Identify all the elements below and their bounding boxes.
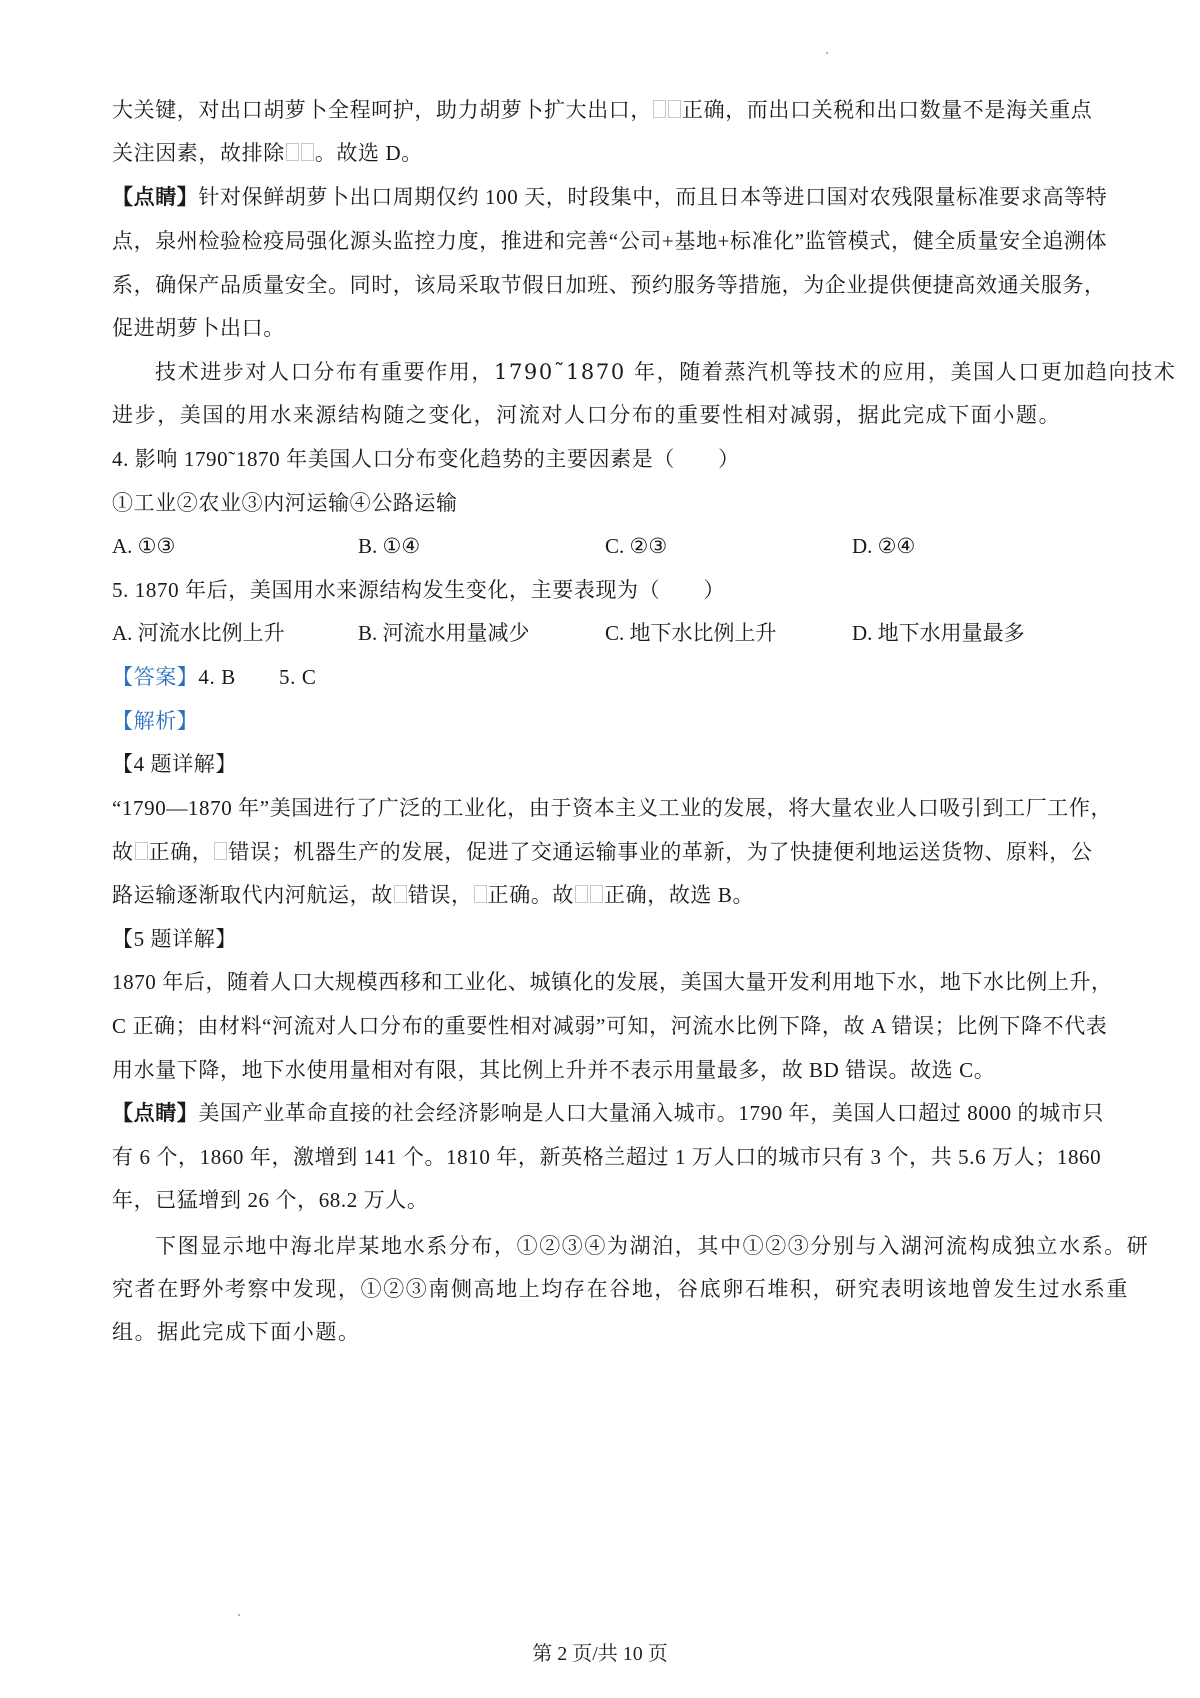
scan-speck bbox=[238, 1614, 240, 1616]
answer-value: 4. B 5. C bbox=[198, 665, 316, 689]
analysis-label: 【解析】 bbox=[112, 707, 1102, 735]
question-4-option-d: D. ②④ bbox=[852, 532, 915, 560]
missing-glyph-icon bbox=[668, 100, 681, 118]
question-5-option-a: A. 河流水比例上升 bbox=[112, 619, 285, 647]
question-5-option-b: B. 河流水用量减少 bbox=[358, 619, 530, 647]
document-page: 大关键，对出口胡萝卜全程呵护，助力胡萝卜扩大出口，正确，而出口关税和出口数量不是… bbox=[0, 0, 1200, 1698]
q5-detail-line-1: 1870 年后，随着人口大规模西移和工业化、城镇化的发展，美国大量开发利用地下水… bbox=[112, 968, 1102, 996]
material1-line-2: 进步，美国的用水来源结构随之变化，河流对人口分布的重要性相对减弱，据此完成下面小… bbox=[112, 401, 1102, 429]
missing-glyph-icon bbox=[214, 842, 227, 860]
intro-line-1: 大关键，对出口胡萝卜全程呵护，助力胡萝卜扩大出口，正确，而出口关税和出口数量不是… bbox=[112, 96, 1102, 124]
answer-line: 【答案】4. B 5. C bbox=[112, 663, 1102, 691]
missing-glyph-icon bbox=[575, 885, 588, 903]
tip1-line-4: 促进胡萝卜出口。 bbox=[112, 314, 1102, 342]
tip2-line-3: 年，已猛增到 26 个，68.2 万人。 bbox=[112, 1186, 1102, 1214]
tip1-line-3: 系，确保产品质量安全。同时，该局采取节假日加班、预约服务等措施，为企业提供便捷高… bbox=[112, 271, 1102, 299]
q5-detail-label: 【5 题详解】 bbox=[112, 925, 1102, 953]
scan-speck bbox=[826, 52, 828, 54]
question-4-items: ①工业②农业③内河运输④公路运输 bbox=[112, 489, 1102, 517]
missing-glyph-icon bbox=[653, 100, 666, 118]
material2-line-2: 究者在野外考察中发现，①②③南侧高地上均存在谷地，谷底卵石堆积，研究表明该地曾发… bbox=[112, 1275, 1102, 1303]
missing-glyph-icon bbox=[590, 885, 603, 903]
material2-line-3: 组。据此完成下面小题。 bbox=[112, 1318, 1102, 1346]
material1-line-1: 技术进步对人口分布有重要作用，1790˜1870 年，随着蒸汽机等技术的应用，美… bbox=[155, 358, 1145, 386]
missing-glyph-icon bbox=[135, 842, 148, 860]
question-4-option-c: C. ②③ bbox=[605, 532, 667, 560]
q5-detail-line-2: C 正确；由材料“河流对人口分布的重要性相对减弱”可知，河流水比例下降，故 A … bbox=[112, 1012, 1102, 1040]
question-5-option-d: D. 地下水用量最多 bbox=[852, 619, 1025, 647]
q4-detail-line-1: “1790—1870 年”美国进行了广泛的工业化，由于资本主义工业的发展，将大量… bbox=[112, 794, 1102, 822]
tip2-line-2: 有 6 个，1860 年，激增到 141 个。1810 年，新英格兰超过 1 万… bbox=[112, 1143, 1102, 1171]
question-4-stem: 4. 影响 1790˜1870 年美国人口分布变化趋势的主要因素是（ ） bbox=[112, 445, 1102, 473]
q4-detail-line-2: 故正确，错误；机器生产的发展，促进了交通运输事业的革新，为了快捷便利地运送货物、… bbox=[112, 838, 1102, 866]
missing-glyph-icon bbox=[301, 143, 314, 161]
missing-glyph-icon bbox=[394, 885, 407, 903]
tip1-line-2: 点，泉州检验检疫局强化源头监控力度，推进和完善“公司+基地+标准化”监管模式，健… bbox=[112, 227, 1102, 255]
question-4-option-b: B. ①④ bbox=[358, 532, 420, 560]
intro-line-2: 关注因素，故排除。故选 D。 bbox=[112, 139, 1102, 167]
tip-label: 【点睛】 bbox=[112, 185, 198, 209]
q5-detail-line-3: 用水量下降，地下水使用量相对有限，其比例上升并不表示用量最多，故 BD 错误。故… bbox=[112, 1056, 1102, 1084]
material2-line-1: 下图显示地中海北岸某地水系分布，①②③④为湖泊，其中①②③分别与入湖河流构成独立… bbox=[155, 1232, 1145, 1260]
answer-label: 【答案】 bbox=[112, 665, 198, 689]
tip-label: 【点睛】 bbox=[112, 1101, 198, 1125]
q4-detail-line-3: 路运输逐渐取代内河航运，故错误，正确。故正确，故选 B。 bbox=[112, 881, 1102, 909]
page-number: 第 2 页/共 10 页 bbox=[0, 1641, 1200, 1667]
tip2-line-1: 【点睛】美国产业革命直接的社会经济影响是人口大量涌入城市。1790 年，美国人口… bbox=[112, 1099, 1102, 1127]
missing-glyph-icon bbox=[286, 143, 299, 161]
tip1-line-1: 【点睛】针对保鲜胡萝卜出口周期仅约 100 天，时段集中，而且日本等进口国对农残… bbox=[112, 183, 1102, 211]
missing-glyph-icon bbox=[474, 885, 487, 903]
question-5-stem: 5. 1870 年后，美国用水来源结构发生变化，主要表现为（ ） bbox=[112, 576, 1102, 604]
question-5-option-c: C. 地下水比例上升 bbox=[605, 619, 777, 647]
question-4-option-a: A. ①③ bbox=[112, 532, 175, 560]
q4-detail-label: 【4 题详解】 bbox=[112, 750, 1102, 778]
